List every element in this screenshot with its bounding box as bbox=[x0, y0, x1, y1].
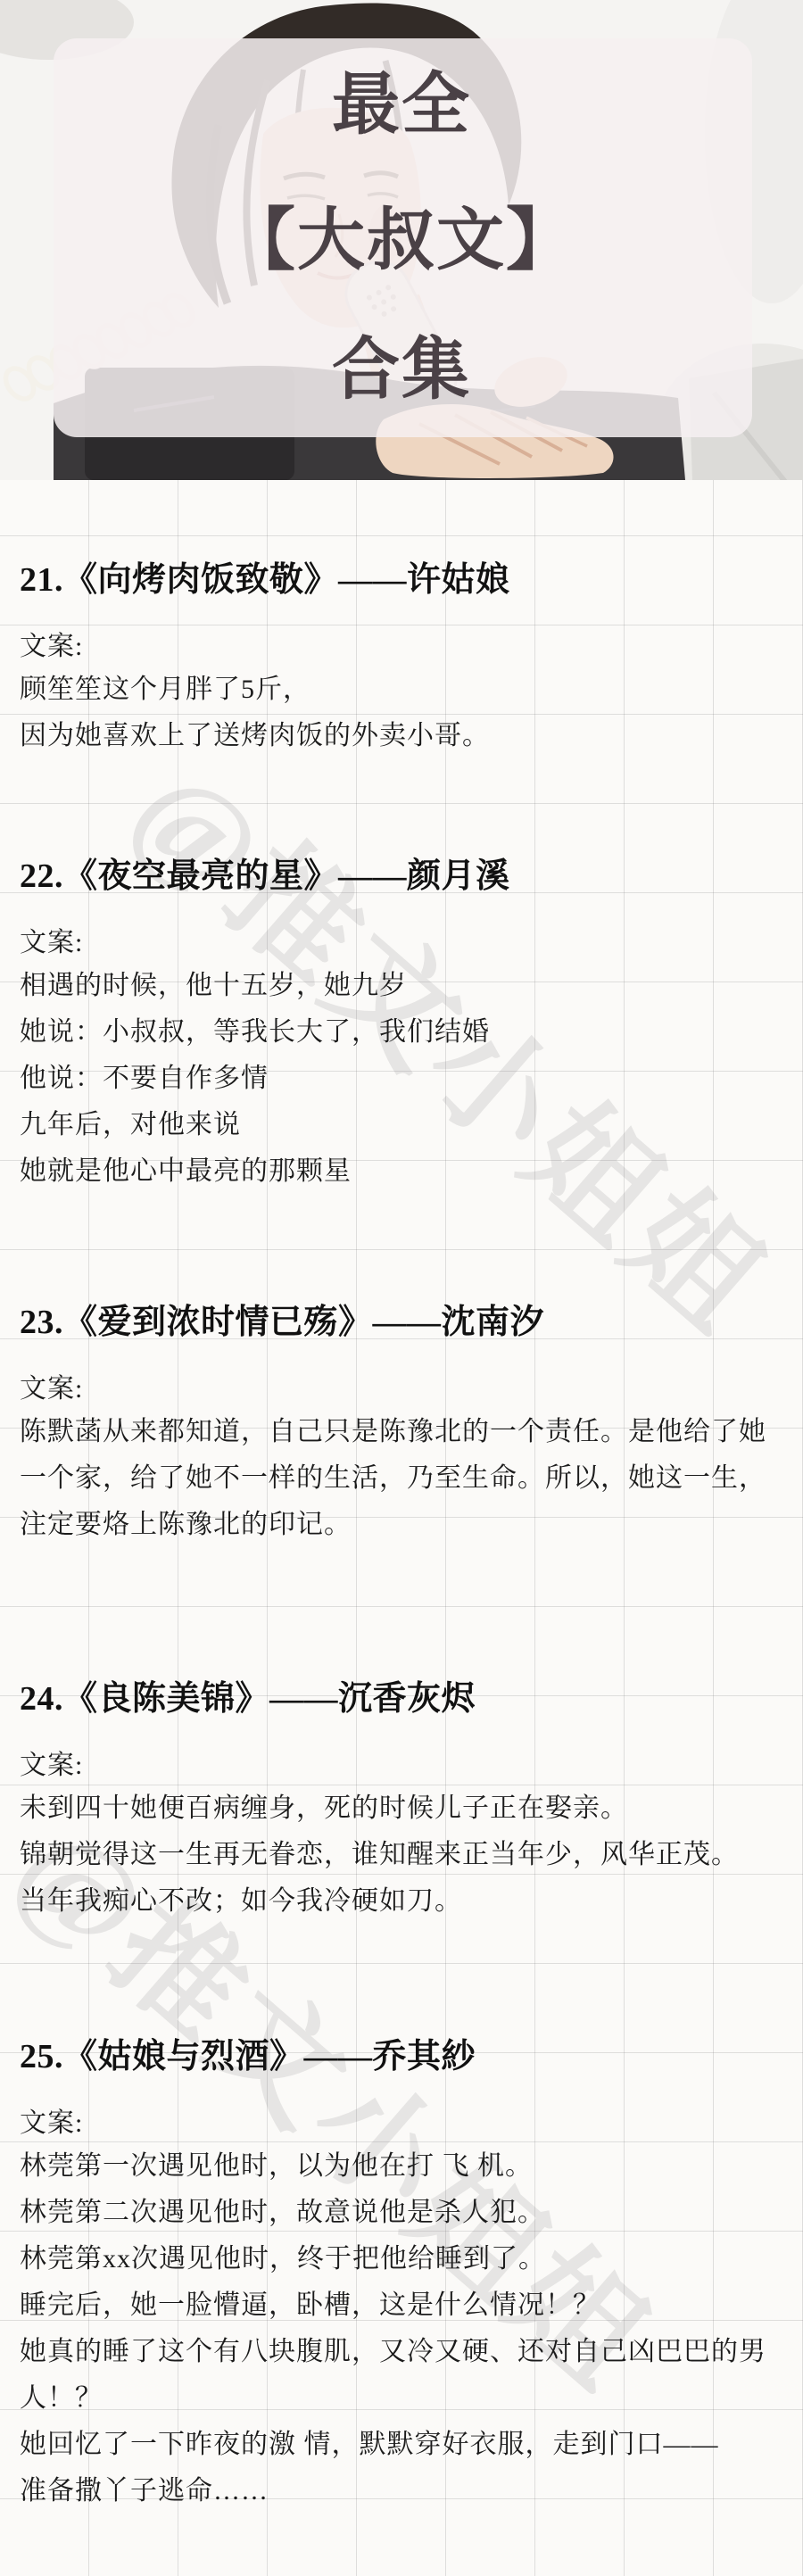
copy-label: 文案: bbox=[20, 1746, 787, 1785]
copy-line: 九年后，对他来说 bbox=[20, 1102, 787, 1148]
copy-line: 林莞第xx次遇见他时，终于把他给睡到了。 bbox=[20, 2236, 787, 2282]
copy-line: 注定要烙上陈豫北的印记。 bbox=[20, 1502, 787, 1548]
entry-22: 22.《夜空最亮的星》——颜月溪文案:相遇的时候，他十五岁，她九岁她说：小叔叔，… bbox=[20, 857, 787, 1195]
entry-24: 24.《良陈美锦》——沉香灰烬文案:未到四十她便百病缠身，死的时候儿子正在娶亲。… bbox=[20, 1679, 787, 1925]
copy-line: 她回忆了一下昨夜的激 情，默默穿好衣服，走到门口—— bbox=[20, 2422, 787, 2468]
cover-title-line-1: 最全 bbox=[0, 71, 803, 139]
copy-line: 她真的睡了这个有八块腹肌，又冷又硬、还对自己凶巴巴的男 bbox=[20, 2329, 787, 2375]
copy-line: 她就是他心中最亮的那颗星 bbox=[20, 1148, 787, 1195]
copy-line: 相遇的时候，他十五岁，她九岁 bbox=[20, 963, 787, 1009]
entry-title: 25.《姑娘与烈酒》——乔其紗 bbox=[20, 2037, 787, 2076]
entry-23: 23.《爱到浓时情已殇》——沈南汐文案:陈默菡从来都知道，自己只是陈豫北的一个责… bbox=[20, 1303, 787, 1548]
entry-21: 21.《向烤肉饭致敬》——许姑娘文案:顾笙笙这个月胖了5斤，因为她喜欢上了送烤肉… bbox=[20, 560, 787, 759]
copy-line: 睡完后，她一脸懵逼，卧槽，这是什么情况！？ bbox=[20, 2282, 787, 2329]
copy-line: 锦朝觉得这一生再无眷恋，谁知醒来正当年少，风华正茂。 bbox=[20, 1832, 787, 1878]
copy-line: 未到四十她便百病缠身，死的时候儿子正在娶亲。 bbox=[20, 1785, 787, 1832]
copy-line: 因为她喜欢上了送烤肉饭的外卖小哥。 bbox=[20, 713, 787, 759]
copy-line: 他说：不要自作多情 bbox=[20, 1056, 787, 1102]
entry-title: 23.《爱到浓时情已殇》——沈南汐 bbox=[20, 1303, 787, 1342]
copy-line: 顾笙笙这个月胖了5斤， bbox=[20, 667, 787, 713]
copy-line: 她说：小叔叔，等我长大了，我们结婚 bbox=[20, 1009, 787, 1056]
entry-title: 24.《良陈美锦》——沉香灰烬 bbox=[20, 1679, 787, 1719]
novel-rec-list-page: 最全 【大叔文】 合集 @推文小姐姐 @推文小姐姐 21.《向烤肉饭致敬》——许… bbox=[0, 0, 803, 2576]
copy-line: 人！？ bbox=[20, 2375, 787, 2422]
cover-header: 最全 【大叔文】 合集 bbox=[0, 0, 803, 480]
copy-line: 准备撒丫子逃命…… bbox=[20, 2468, 787, 2514]
copy-label: 文案: bbox=[20, 2104, 787, 2143]
copy-line: 陈默菡从来都知道，自己只是陈豫北的一个责任。是他给了她 bbox=[20, 1409, 787, 1455]
entry-title: 22.《夜空最亮的星》——颜月溪 bbox=[20, 857, 787, 896]
copy-label: 文案: bbox=[20, 1370, 787, 1409]
copy-line: 当年我痴心不改；如今我冷硬如刀。 bbox=[20, 1878, 787, 1925]
entry-25: 25.《姑娘与烈酒》——乔其紗文案:林莞第一次遇见他时，以为他在打 飞 机。林莞… bbox=[20, 2037, 787, 2514]
cover-title-line-3: 合集 bbox=[0, 336, 803, 404]
cover-title-line-2: 【大叔文】 bbox=[0, 207, 803, 275]
copy-line: 林莞第一次遇见他时，以为他在打 飞 机。 bbox=[20, 2143, 787, 2190]
copy-label: 文案: bbox=[20, 627, 787, 667]
copy-line: 一个家，给了她不一样的生活，乃至生命。所以，她这一生， bbox=[20, 1455, 787, 1502]
copy-label: 文案: bbox=[20, 924, 787, 963]
entry-title: 21.《向烤肉饭致敬》——许姑娘 bbox=[20, 560, 787, 600]
copy-line: 林莞第二次遇见他时，故意说他是杀人犯。 bbox=[20, 2190, 787, 2236]
